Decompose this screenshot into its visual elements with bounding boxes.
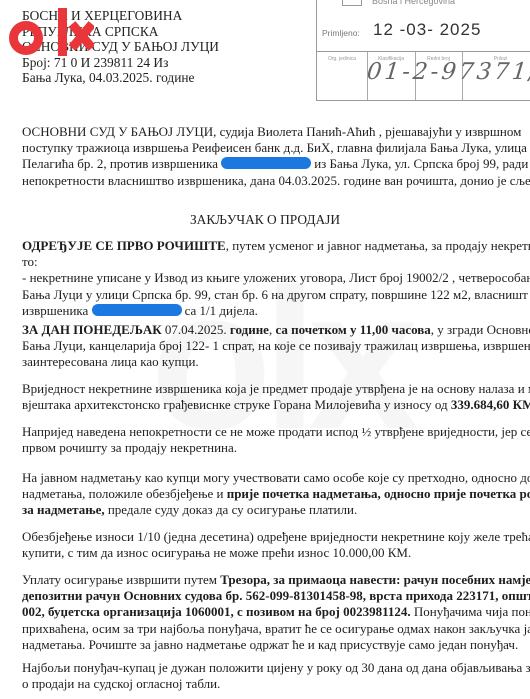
security-deposit-paragraph: Обезбјеђење износи 1/10 (једна десетина)… [22,529,530,561]
stamp-received-date: 12 -03- 2025 [373,20,481,40]
hearing-date-paragraph: ЗА ДАН ПОНЕДЕЉАК 07.04.2025. године, са … [22,322,530,371]
minimum-price-paragraph: Напријед наведена непокретности се не мо… [22,424,530,456]
stamp-emblem-icon [342,0,362,6]
first-hearing-paragraph: ОДРЕЂУЈЕ СЕ ПРВО РОЧИШТЕ, путем усменог … [22,238,530,319]
header-case-number: Број: 71 0 И 239811 24 Из [22,55,219,71]
olx-logo-icon [8,8,94,56]
stamp-handwritten-number: 01-2-97371/202 [366,59,530,85]
property-value-paragraph: Вриједност некретнине извршеника која је… [22,381,530,413]
stamp-cell-org: Org. jedinica [317,52,368,100]
stamp-header: Bosna i Hercegovina [342,0,455,6]
intro-paragraph: ОСНОВНИ СУД У БАЊОЈ ЛУЦИ, судија Виолета… [22,124,530,189]
payment-deadline-paragraph: Најбољи понуђач-купац је дужан положити … [22,660,530,692]
document-page: olx БОСНА И ХЕРЦЕГОВИНА РЕПУБЛИКА СРПСКА… [0,0,530,699]
payment-instructions-paragraph: Уплату осигурање извршити путем Трезора,… [22,572,530,653]
bidder-eligibility-paragraph: На јавном надметању као купци могу учест… [22,470,530,519]
redacted-name [92,304,182,316]
header-place-date: Бања Лука, 04.03.2025. године [22,70,219,86]
redacted-name [221,157,311,169]
received-stamp: Bosna i Hercegovina Primljeno: 12 -03- 2… [316,0,530,101]
document-title: ЗАКЉУЧАК О ПРОДАЈИ [0,212,530,228]
stamp-received-label: Primljeno: [322,28,360,38]
